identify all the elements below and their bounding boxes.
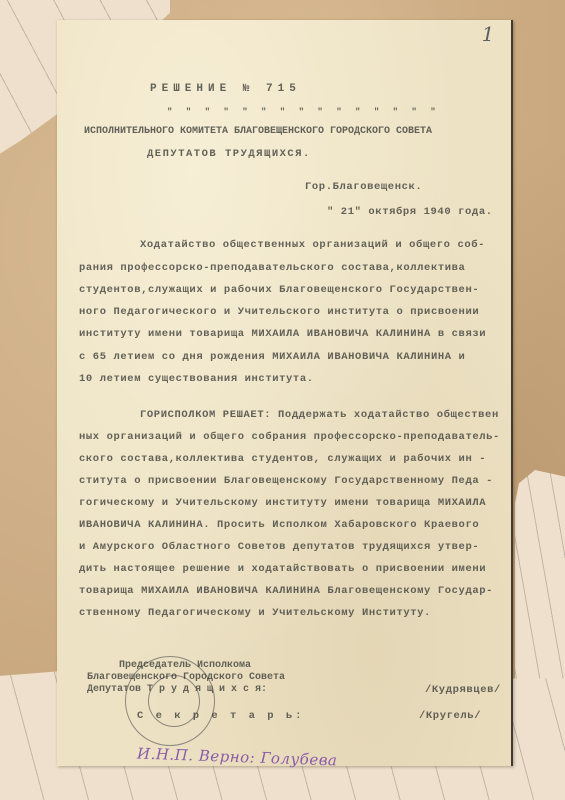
paragraph-line: с 65 летием со дня рождения МИХАИЛА ИВАН… (79, 351, 465, 363)
paragraph-line: дить настоящее решение и ходатайствовать… (79, 563, 486, 575)
paragraph-line: ского состава,коллектива студентов, служ… (79, 453, 486, 465)
paragraph-line: ственному Педагогическому и Учительскому… (79, 607, 431, 619)
title-underline: " " " " " " " " " " " " " " " (167, 107, 440, 117)
paragraph-line: ститута о присвоении Благовещенскому Гос… (79, 475, 493, 487)
paragraph-line: институту имени товарища МИХАИЛА ИВАНОВИ… (79, 328, 486, 340)
paragraph-line: рания профессорско-преподавательского со… (79, 262, 465, 274)
paragraph-line: ИВАНОВИЧА КАЛИНИНА. Просить Исполком Хаб… (79, 519, 479, 531)
paragraph-line: гогическому и Учительскому институту име… (79, 497, 486, 509)
chair-name: /Кудрявцев/ (425, 684, 501, 696)
paragraph-line: 10 летием существования института. (79, 373, 314, 385)
handwritten-certification: И.Н.П. Верно: Голубева (137, 745, 338, 770)
place: Гор.Благовещенск. (305, 181, 422, 193)
paragraph-line: товарища МИХАИЛА ИВАНОВИЧА КАЛИНИНА Благ… (79, 585, 493, 597)
paragraph-line: ного Педагогического и Учительского инст… (79, 306, 479, 318)
paragraph-line: ных организаций и общего собрания профес… (79, 431, 500, 443)
issuer-line-2: ДЕПУТАТОВ ТРУДЯЩИХСЯ. (147, 148, 311, 160)
official-round-stamp (125, 656, 215, 746)
document-title: РЕШЕНИЕ № 715 (150, 83, 301, 95)
paragraph-line: Ходатайство общественных организаций и о… (140, 239, 485, 251)
archival-document-sheet: 1 РЕШЕНИЕ № 715 " " " " " " " " " " " " … (57, 20, 513, 766)
paragraph-line: ГОРИСПОЛКОМ РЕШАЕТ: Поддержать ходатайст… (140, 409, 499, 421)
date: " 21" октября 1940 года. (327, 206, 493, 218)
paragraph-line: и Амурского Областного Советов депутатов… (79, 541, 479, 553)
paragraph-line: студентов,служащих и рабочих Благовещенс… (79, 284, 479, 296)
folio-number: 1 (482, 22, 495, 46)
issuer-line-1: ИСПОЛНИТЕЛЬНОГО КОМИТЕТА БЛАГОВЕЩЕНСКОГО… (84, 126, 432, 137)
secretary-name: /Кругель/ (419, 710, 481, 722)
